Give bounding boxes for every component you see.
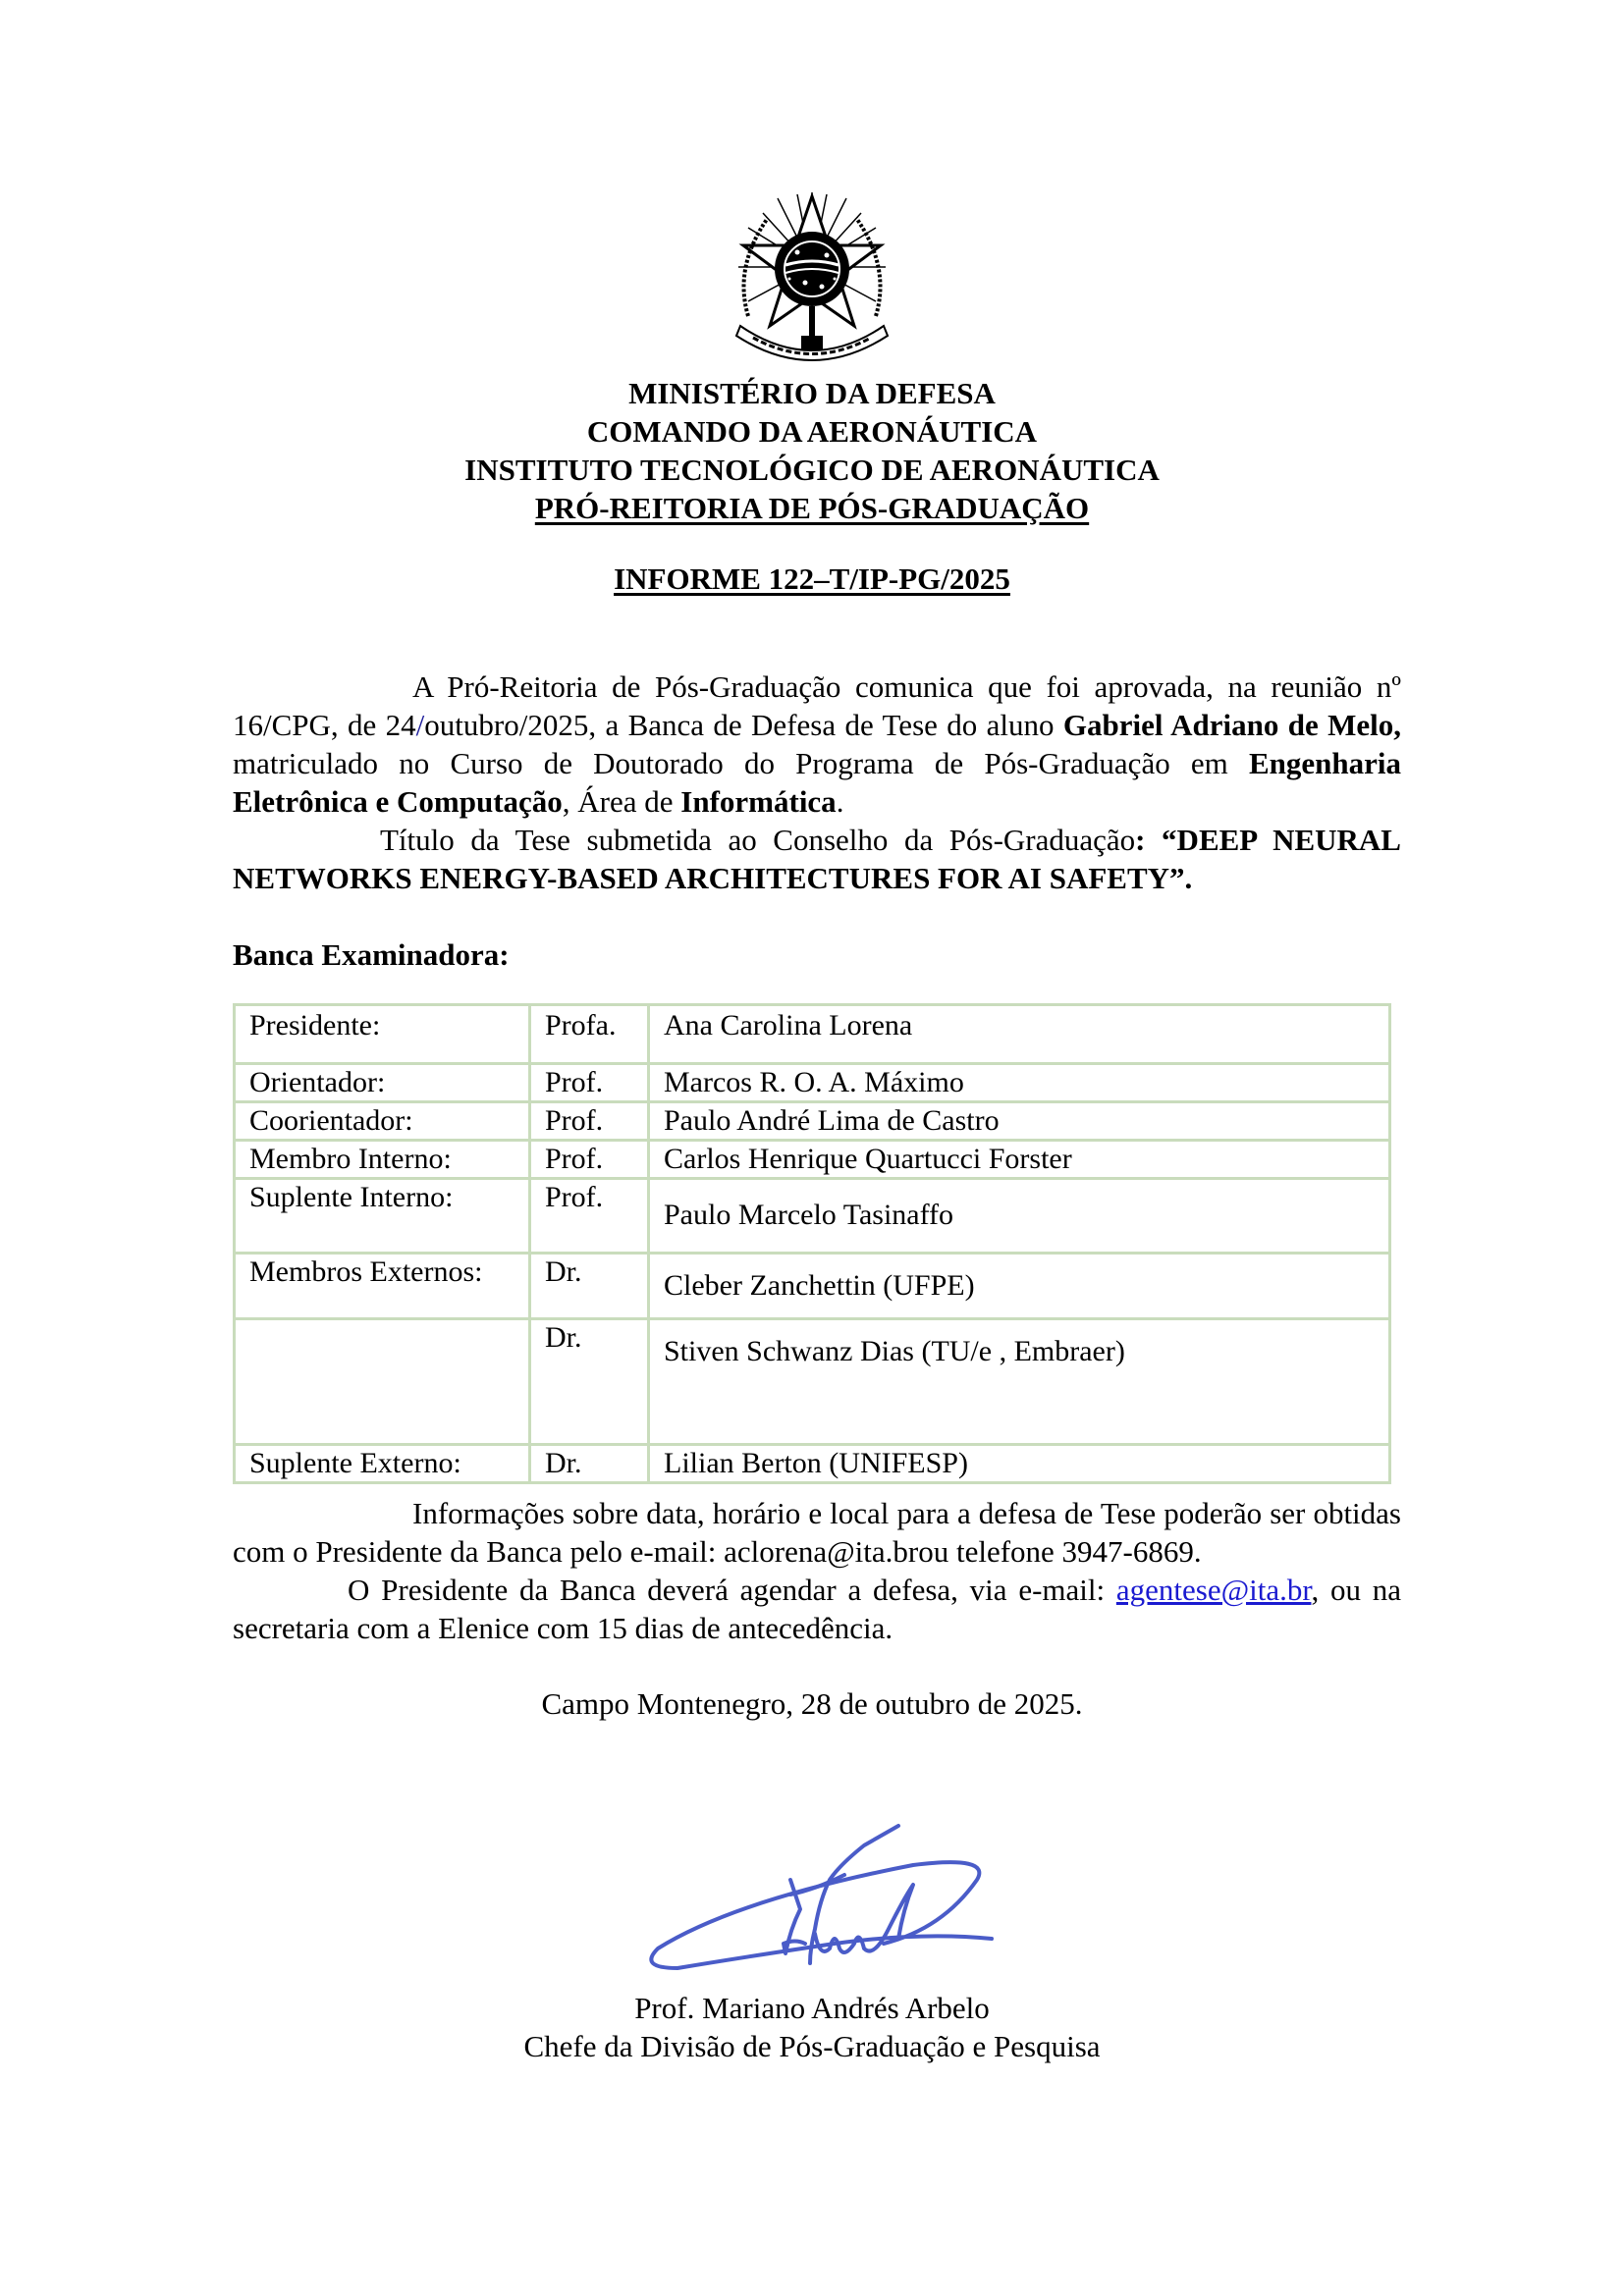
role-cell: Presidente: (235, 1005, 530, 1064)
area-name: Informática (680, 784, 836, 819)
p4-text-a: O Presidente da Banca deverá agendar a d… (348, 1573, 1116, 1607)
name-cell: Carlos Henrique Quartucci Forster (649, 1141, 1390, 1179)
role-cell: Membro Interno: (235, 1141, 530, 1179)
informe-number-text: INFORME 122–T/IP-PG/2025 (614, 561, 1010, 596)
table-row: Presidente:Profa.Ana Carolina Lorena (235, 1005, 1390, 1064)
role-cell: Suplente Interno: (235, 1179, 530, 1254)
header-command: COMANDO DA AERONÁUTICA (0, 412, 1624, 451)
table-row: Membro Interno:Prof.Carlos Henrique Quar… (235, 1141, 1390, 1179)
name-cell: Stiven Schwanz Dias (TU/e , Embraer) (649, 1319, 1390, 1445)
role-cell: Coorientador: (235, 1102, 530, 1141)
role-cell: Suplente Externo: (235, 1445, 530, 1483)
table-row: Dr.Stiven Schwanz Dias (TU/e , Embraer) (235, 1319, 1390, 1445)
role-cell: Membros Externos: (235, 1254, 530, 1319)
table-row: Suplente Interno:Prof.Paulo Marcelo Tasi… (235, 1179, 1390, 1254)
table-row: Suplente Externo:Dr.Lilian Berton (UNIFE… (235, 1445, 1390, 1483)
role-cell: Orientador: (235, 1064, 530, 1102)
examining-board-table: Presidente:Profa.Ana Carolina LorenaOrie… (233, 1003, 1391, 1484)
title-cell: Profa. (530, 1005, 649, 1064)
title-cell: Dr. (530, 1254, 649, 1319)
header-pro-rectorate: PRÓ-REITORIA DE PÓS-GRADUAÇÃO (0, 489, 1624, 527)
title-cell: Prof. (530, 1179, 649, 1254)
place-date: Campo Montenegro, 28 de outubro de 2025. (0, 1684, 1624, 1723)
table-row: Coorientador:Prof.Paulo André Lima de Ca… (235, 1102, 1390, 1141)
signer-name: Prof. Mariano Andrés Arbelo (0, 1989, 1624, 2027)
board-heading: Banca Examinadora: (233, 935, 510, 974)
contact-info-paragraph: Informações sobre data, horário e local … (233, 1494, 1401, 1571)
name-cell: Marcos R. O. A. Máximo (649, 1064, 1390, 1102)
table-row: Membros Externos:Dr.Cleber Zanchettin (U… (235, 1254, 1390, 1319)
name-cell: Cleber Zanchettin (UFPE) (649, 1254, 1390, 1319)
header-pro-rectorate-text: PRÓ-REITORIA DE PÓS-GRADUAÇÃO (535, 491, 1089, 525)
header-ministry: MINISTÉRIO DA DEFESA (0, 374, 1624, 412)
p1-slash: / (416, 708, 425, 742)
title-cell: Dr. (530, 1319, 649, 1445)
scheduling-email-link[interactable]: agentese@ita.br (1116, 1573, 1312, 1607)
header-institute: INSTITUTO TECNOLÓGICO DE AERONÁUTICA (0, 451, 1624, 489)
name-cell: Paulo André Lima de Castro (649, 1102, 1390, 1141)
name-cell: Paulo Marcelo Tasinaffo (649, 1179, 1390, 1254)
name-cell: Ana Carolina Lorena (649, 1005, 1390, 1064)
p1-text-e: . (837, 784, 844, 819)
p1-text-d: , Área de (563, 784, 681, 819)
student-name: Gabriel Adriano de Melo, (1063, 708, 1401, 742)
role-cell (235, 1319, 530, 1445)
handwritten-signature-icon (619, 1821, 1011, 1983)
p1-text-c: matriculado no Curso de Doutorado do Pro… (233, 746, 1249, 780)
signer-position: Chefe da Divisão de Pós-Graduação e Pesq… (0, 2027, 1624, 2065)
p2-text: Título da Tese submetida ao Conselho da … (380, 823, 1135, 857)
thesis-title-paragraph: Título da Tese submetida ao Conselho da … (233, 821, 1401, 897)
table-row: Orientador:Prof.Marcos R. O. A. Máximo (235, 1064, 1390, 1102)
approval-paragraph: A Pró-Reitoria de Pós-Graduação comunica… (233, 667, 1401, 821)
informe-number: INFORME 122–T/IP-PG/2025 (0, 560, 1624, 598)
scheduling-paragraph: O Presidente da Banca deverá agendar a d… (233, 1571, 1401, 1647)
brazil-coat-of-arms-icon (729, 188, 895, 371)
name-cell: Lilian Berton (UNIFESP) (649, 1445, 1390, 1483)
title-cell: Dr. (530, 1445, 649, 1483)
title-cell: Prof. (530, 1102, 649, 1141)
title-cell: Prof. (530, 1064, 649, 1102)
p1-text-b: outubro/2025, a Banca de Defesa de Tese … (424, 708, 1063, 742)
title-cell: Prof. (530, 1141, 649, 1179)
